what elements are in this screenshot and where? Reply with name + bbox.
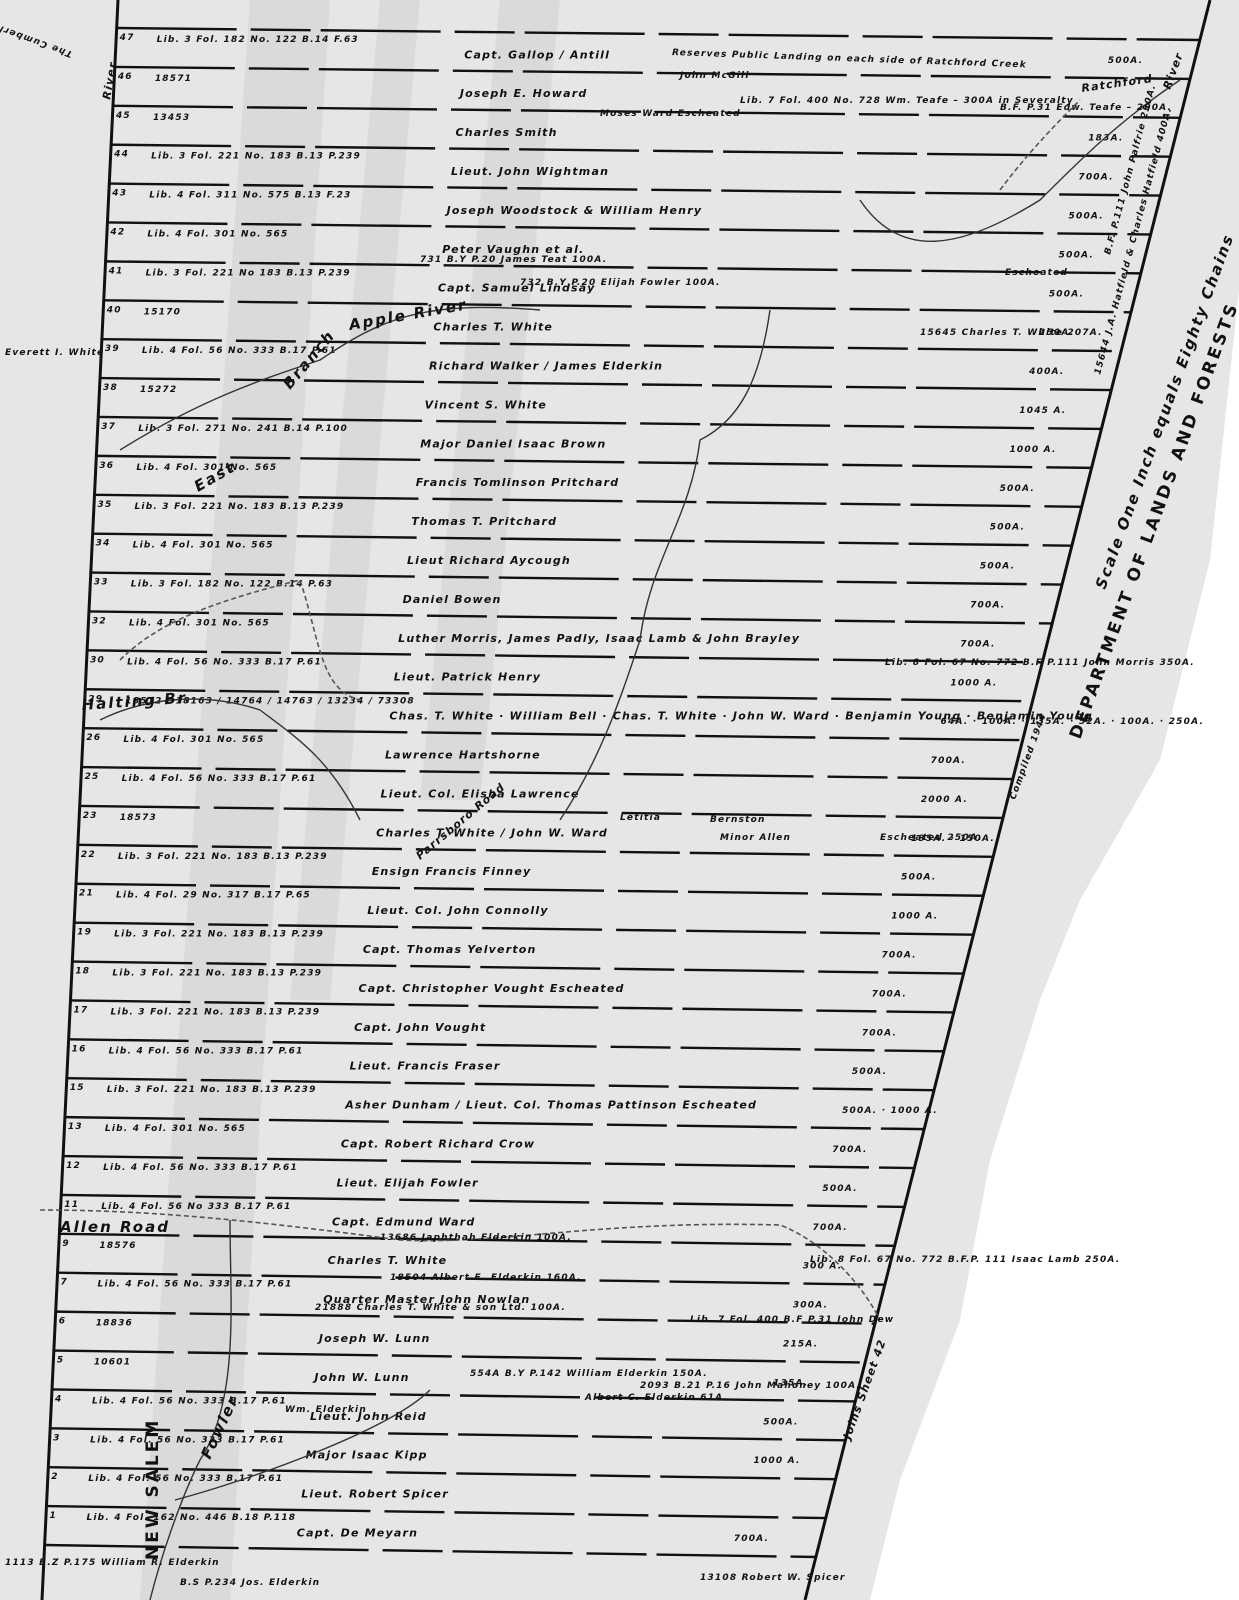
lot-grantee: Thomas T. Pritchard (411, 515, 557, 528)
lot-number: 19 (77, 928, 92, 938)
label-william-r: 1113 B.Z P.175 William R. Elderkin (5, 1558, 220, 1568)
lot-reference: 18576 (99, 1241, 136, 1251)
lot-acreage: 500A. (852, 1067, 887, 1077)
lot-number: 40 (106, 305, 122, 315)
lot-reference: Lib. 3 Fol. 221 No. 183 B.13 P.239 (112, 969, 322, 979)
lot-acreage: 500A. (1108, 56, 1143, 66)
lot-number: 43 (111, 189, 127, 199)
lot-grantee: Charles T. White (433, 321, 553, 334)
lot-grantee: Lieut. John Wightman (451, 165, 609, 178)
lot-reference: Lib. 4 Fol. 301 No. 565 (105, 1124, 246, 1134)
lot-reference: Lib. 4 Fol. 301 No. 565 (133, 541, 274, 551)
lot-reference: 10601 (94, 1358, 131, 1368)
lot-reference: Lib. 4 Fol. 301 No. 565 (147, 229, 288, 239)
lot-acreage: 500A. (1069, 211, 1104, 221)
lot-acreage: 400A. (1028, 367, 1064, 377)
lot-acreage: 1000 A. (950, 678, 997, 688)
lot-grantee: Luther Morris, James Padly, Isaac Lamb &… (398, 632, 800, 645)
lot-grantee: Capt. Christopher Vought Escheated (358, 982, 624, 995)
label-charles-white-lower: 21888 Charles T. White & son Ltd. 100A. (315, 1303, 566, 1313)
lot-grantee: Lieut. Patrick Henry (394, 671, 541, 684)
lot-reference: Lib. 3 Fol. 221 No. 183 B.13 P.239 (118, 852, 328, 862)
lot-reference: Lib. 4 Fol. 301 No. 565 (123, 735, 264, 745)
lot-reference: 13453 (153, 113, 190, 123)
lot-acreage: 700A. (970, 600, 1005, 610)
label-escheated-right: Escheated (1005, 268, 1068, 278)
lot-grantee: Daniel Bowen (403, 593, 502, 606)
lot-acreage: 500A. · 1000 A. (842, 1106, 938, 1116)
label-wm-elderkin: Wm. Elderkin (285, 1405, 367, 1415)
lot-reference: Lib. 4 Fol. 56 No. 333 B.17 P.61 (109, 1046, 304, 1056)
lot-number: 26 (86, 733, 101, 743)
lot-number: 41 (108, 266, 124, 276)
lot-number: 39 (105, 344, 120, 354)
lot-grantee: Capt. Edmund Ward (332, 1215, 475, 1228)
lot-reference: 18836 (96, 1319, 133, 1329)
lot-grantee: Joseph W. Lunn (317, 1332, 431, 1345)
lot-grantee: Vincent S. White (425, 398, 547, 411)
lot-grantee: Charles T. White / John W. Ward (376, 826, 608, 839)
lot-reference: Lib. 4 Fol. 56 No. 333 B.17 P.61 (98, 1280, 293, 1290)
lot-reference: Lib. 4 Fol. 162 No. 446 B.18 P.118 (86, 1513, 296, 1523)
lot-acreage: 215A. (783, 1340, 818, 1350)
lot-number: 35 (97, 500, 112, 510)
lot-number: 33 (94, 578, 109, 588)
lot-grantee: Lieut. Col. John Connolly (367, 904, 548, 917)
lot-reference: Lib. 4 Fol. 56 No. 333 B.17 P.61 (90, 1435, 285, 1445)
lot-acreage: 700A. (881, 951, 916, 961)
label-charles-white-15645: 15645 Charles T. White 207A. (920, 328, 1103, 338)
label-james-teat: 731 B.Y P.20 James Teat 100A. (420, 255, 607, 265)
lot-grantee: Asher Dunham / Lieut. Col. Thomas Pattin… (344, 1099, 757, 1112)
lot-grantee: Capt. Gallop / Antill (464, 48, 610, 61)
lot-grantee: Lawrence Hartshorne (385, 748, 541, 761)
lot-acreage: 183A. (1088, 134, 1123, 144)
lot-reference: 15170 (144, 307, 181, 317)
lot-reference: Lib. 3 Fol. 221 No. 183 B.13 P.239 (107, 1085, 317, 1095)
lot-grantee: Joseph E. Howard (458, 87, 588, 100)
lot-number: 17 (73, 1005, 88, 1015)
lot-number: 5 (57, 1356, 64, 1366)
town-label-new-salem: NEW SALEM (143, 1418, 163, 1560)
lot-reference: 15272 (140, 385, 177, 395)
label-john-mahoney: 2093 B.21 P.16 John Mahoney 100A. (640, 1381, 861, 1391)
lot-number: 1 (49, 1511, 56, 1521)
label-japhthah: 13686 Japhthah Elderkin 100A. (380, 1233, 572, 1243)
lot-number: 22 (81, 850, 96, 860)
place-label-allen-road: Allen Road (59, 1218, 170, 1236)
lot-reference: Lib. 4 Fol. 29 No. 317 B.17 P.65 (116, 891, 311, 901)
label-robert-w-spicer: 13108 Robert W. Spicer (700, 1573, 846, 1583)
lot-grantee: Charles Smith (455, 126, 557, 139)
lot-reference: Lib. 3 Fol. 221 No. 183 B.13 P.239 (151, 152, 361, 162)
lot-number: 45 (115, 111, 131, 121)
lot-reference: Lib. 4 Fol. 56 No. 333 B.17 P.61 (92, 1396, 287, 1406)
lot-number: 9 (62, 1239, 69, 1249)
label-john-mcgill: John McGill (678, 71, 750, 81)
lot-grantee: Ensign Francis Finney (372, 865, 532, 878)
lot-number: 18 (75, 967, 90, 977)
lot-number: 21 (79, 889, 94, 899)
lot-number: 12 (66, 1161, 81, 1171)
lot-number: 2 (51, 1472, 58, 1482)
lot-number: 13 (68, 1122, 83, 1132)
lot-reference: Lib. 3 Fol. 182 No. 122 B.14 P.63 (131, 580, 333, 590)
lot-reference: 18571 (155, 74, 192, 84)
lot-number: 15 (70, 1083, 85, 1093)
lot-number: 6 (59, 1317, 66, 1327)
lot-acreage: 1000 A. (753, 1456, 800, 1466)
lot-number: 32 (92, 616, 107, 626)
lot-grantee: Richard Walker / James Elderkin (429, 360, 663, 373)
lot-acreage: 500A. (1059, 250, 1094, 260)
lot-number: 37 (101, 422, 116, 432)
lot-acreage: 500A. (1049, 289, 1084, 299)
lot-grantee: Francis Tomlinson Pritchard (416, 476, 620, 489)
lot-acreage: 700A. (1078, 173, 1113, 183)
label-everett: Everett I. White (5, 348, 104, 358)
lot-acreage: 500A. (990, 523, 1025, 533)
lot-grantee: John W. Lunn (312, 1371, 409, 1384)
lot-acreage: 500A. (980, 562, 1015, 572)
lot-acreage: 500A. (901, 873, 936, 883)
lot-reference: Lib. 4 Fol. 56 No 333 B.17 P.61 (101, 1202, 291, 1212)
lot-acreage: 700A. (960, 639, 995, 649)
lot-grantee: Capt. John Vought (354, 1021, 486, 1034)
lot-number: 4 (54, 1394, 62, 1404)
lot-number: 7 (61, 1278, 68, 1288)
lot-grantee: Lieut. Francis Fraser (350, 1060, 501, 1073)
lot-acreage: 1000 A. (891, 912, 938, 922)
lot-reference: Lib. 4 Fol. 56 No. 333 B.17 P.61 (103, 1163, 298, 1173)
lot-grantee: Major Daniel Isaac Brown (420, 437, 606, 450)
lot-number: 38 (103, 383, 118, 393)
lot-number: 3 (53, 1433, 60, 1443)
lot-reference: Lib. 3 Fol. 271 No. 241 B.14 P.100 (138, 424, 348, 434)
lot-grantee: Major Isaac Kipp (306, 1449, 428, 1462)
lot-reference: Lib. 4 Fol. 311 No. 575 B.13 F.23 (149, 191, 351, 201)
label-jos-elderkin: B.S P.234 Jos. Elderkin (180, 1578, 320, 1588)
label-elijah-fowler: 732 B.Y P.20 Elijah Fowler 100A. (520, 278, 721, 288)
lot-acreage: 700A. (734, 1534, 769, 1544)
label-isaac-lamb: Lib. 8 Fol. 67 No. 772 B.F.P. 111 Isaac … (810, 1255, 1120, 1265)
lot-acreage: 700A. (832, 1145, 867, 1155)
lot-number: 47 (119, 33, 135, 43)
lot-grantee: Capt. De Meyarn (297, 1526, 418, 1539)
label-john-dew: Lib. 7 Fol. 400 B.F P.31 John Dew (690, 1315, 894, 1325)
lot-grantee: Joseph Woodstock & William Henry (445, 204, 703, 217)
lot-number: 42 (109, 227, 125, 237)
lot-acreage: 700A. (813, 1223, 848, 1233)
lot-acreage: 300A. (793, 1301, 828, 1311)
label-letitia: Letitia (620, 813, 661, 823)
label-bernston: Bernston (710, 815, 766, 825)
label-john-morris: Lib. 8 Fol. 67 No. 772 B.F P.111 John Mo… (885, 658, 1195, 668)
lot-acreage: 1045 A. (1019, 406, 1066, 416)
label-albert-c: Albert C. Elderkin 61A. (584, 1393, 728, 1403)
lot-grantee: Lieut. Robert Spicer (301, 1488, 449, 1501)
lot-grantee: Capt. Robert Richard Crow (341, 1137, 535, 1150)
lot-reference: Lib. 3 Fol. 221 No. 183 B.13 P.239 (110, 1007, 320, 1017)
lot-grantee: Capt. Thomas Yelverton (363, 943, 537, 956)
lot-reference: Lib. 4 Fol. 56 No. 333 B.17 P.61 (127, 657, 322, 667)
lot-reference: 18573 (120, 813, 157, 823)
lot-number: 16 (72, 1044, 87, 1054)
lot-acreage: 500A. (1000, 484, 1035, 494)
label-minor-allen: Minor Allen (720, 833, 791, 843)
lot-acreage: 2000 A. (921, 795, 968, 805)
lot-reference: Lib. 3 Fol. 182 No. 122 B.14 F.63 (157, 35, 359, 45)
lot-reference: Lib. 3 Fol. 221 No. 183 B.13 P.239 (134, 502, 344, 512)
label-escheated-22: Escheated 250A. (880, 833, 983, 843)
lot-acreage: 700A. (872, 989, 907, 999)
lot-acreage: 700A. (862, 1028, 897, 1038)
lot-grantee: Lieut. Elijah Fowler (336, 1176, 478, 1189)
lot-grantee: Peter Vaughn et al. (442, 243, 584, 256)
label-moses-ward: Moses Ward Escheated (600, 109, 741, 119)
lot-acreage: 500A. (822, 1184, 857, 1194)
lot-number: 34 (96, 539, 111, 549)
lot-reference: Lib. 4 Fol. 301 No. 565 (129, 618, 270, 628)
lot-reference: Lib. 4 Fol. 56 No. 333 B.17 P.61 (122, 774, 317, 784)
lot-reference: Lib. 3 Fol. 221 No 183 B.13 P.239 (146, 268, 351, 278)
lot-grantee: Lieut Richard Aycough (407, 554, 571, 567)
land-grant-map: 47Lib. 3 Fol. 182 No. 122 B.14 F.63Capt.… (0, 0, 1239, 1600)
lot-number: 25 (85, 772, 100, 782)
lot-number: 46 (117, 72, 133, 82)
lot-number: 30 (90, 655, 105, 665)
lot-acreage: 500A. (763, 1417, 798, 1427)
lot-number: 11 (64, 1200, 79, 1210)
lot-number: 36 (99, 461, 114, 471)
lot-number: 23 (83, 811, 98, 821)
lot-acreage: 1000 A. (1009, 445, 1056, 455)
label-william-elderkin: 554A B.Y P.142 William Elderkin 150A. (470, 1369, 708, 1379)
lot-number: 44 (113, 150, 129, 160)
label-albert: 18504 Albert E. Elderkin 160A. (390, 1273, 582, 1283)
lot-grantee: Charles T. White (328, 1254, 448, 1267)
lot-acreage: 700A. (931, 756, 966, 766)
lot-reference: Lib. 3 Fol. 221 No. 183 B.13 P.239 (114, 930, 324, 940)
